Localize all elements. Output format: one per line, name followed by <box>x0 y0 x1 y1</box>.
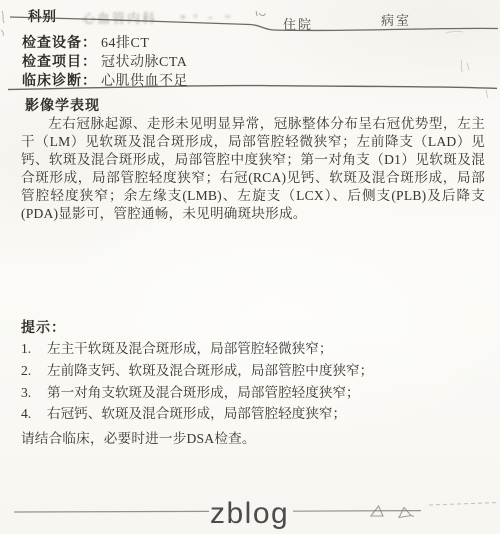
impression-item-number: 3. <box>21 384 47 401</box>
ct-report-page: 科别 心血管内科 住院 病室 检查设备：64排CT 检查项目：冠状动脉CTA 临… <box>0 0 500 534</box>
triangle-mark-2 <box>399 508 414 518</box>
impression-item-number: 2. <box>21 362 47 379</box>
impression-item-text: 左主干软斑及混合斑形成，局部管腔轻微狭窄； <box>47 340 332 357</box>
bottom-rule-left <box>14 511 209 512</box>
info-row-clinical-diagnosis: 临床诊断：心肌供血不足 <box>22 70 188 90</box>
findings-heading: 影像学表现 <box>25 95 100 115</box>
findings-paragraph: 左右冠脉起源、走形未见明显异常，冠脉整体分布呈右冠优势型，左主干（LM）见软斑及… <box>21 115 485 224</box>
exam-item-label: 检查项目： <box>22 55 97 70</box>
impression-item-number: 1. <box>21 340 47 357</box>
clinical-diagnosis-value: 心肌供血不足 <box>101 74 188 89</box>
exam-item-value: 冠状动脉CTA <box>101 55 187 70</box>
department-label: 科别 <box>28 5 57 25</box>
impression-item: 1. 左主干软斑及混合斑形成，局部管腔轻微狭窄； <box>21 340 491 357</box>
impression-item-text: 左前降支钙、软斑及混合斑形成，局部管腔中度狭窄； <box>47 362 373 379</box>
header-pen-mark <box>256 11 266 16</box>
info-row-device: 检查设备：64排CT <box>22 32 149 52</box>
ward-label: 病室 <box>381 10 411 29</box>
impression-note: 请结合临床，必要时进一步DSA检查。 <box>21 427 256 447</box>
right-margin-mark-top <box>446 31 463 33</box>
watermark-text: zblog <box>210 497 289 531</box>
impression-item: 3. 第一对角支软斑及混合斑形成，局部管腔轻度狭窄； <box>21 384 491 401</box>
info-row-exam-item: 检查项目：冠状动脉CTA <box>22 51 187 71</box>
admission-label: 住院 <box>283 14 313 33</box>
impression-heading: 提示： <box>21 317 66 337</box>
impression-item: 2. 左前降支钙、软斑及混合斑形成，局部管腔中度狭窄； <box>21 362 491 379</box>
clinical-diagnosis-label: 临床诊断： <box>22 74 97 89</box>
department-value-smudge <box>178 12 240 22</box>
impression-item-text: 右冠钙、软斑及混合斑形成，局部管腔轻度狭窄； <box>47 405 346 422</box>
impression-list: 1. 左主干软斑及混合斑形成，局部管腔轻微狭窄； 2. 左前降支钙、软斑及混合斑… <box>21 340 491 427</box>
department-value: 心血管内科 <box>82 8 157 27</box>
triangle-mark-1 <box>371 506 383 516</box>
device-label: 检查设备： <box>22 36 97 51</box>
right-margin-marks <box>461 60 488 98</box>
device-value: 64排CT <box>101 36 149 51</box>
impression-item-number: 4. <box>21 405 47 422</box>
bottom-rule-right <box>293 511 421 512</box>
bottom-dashed-line <box>429 503 499 506</box>
left-edge-marks <box>1 11 4 36</box>
impression-item-text: 第一对角支软斑及混合斑形成，局部管腔轻度狭窄； <box>47 384 360 401</box>
impression-item: 4. 右冠钙、软斑及混合斑形成，局部管腔轻度狭窄； <box>21 405 491 422</box>
